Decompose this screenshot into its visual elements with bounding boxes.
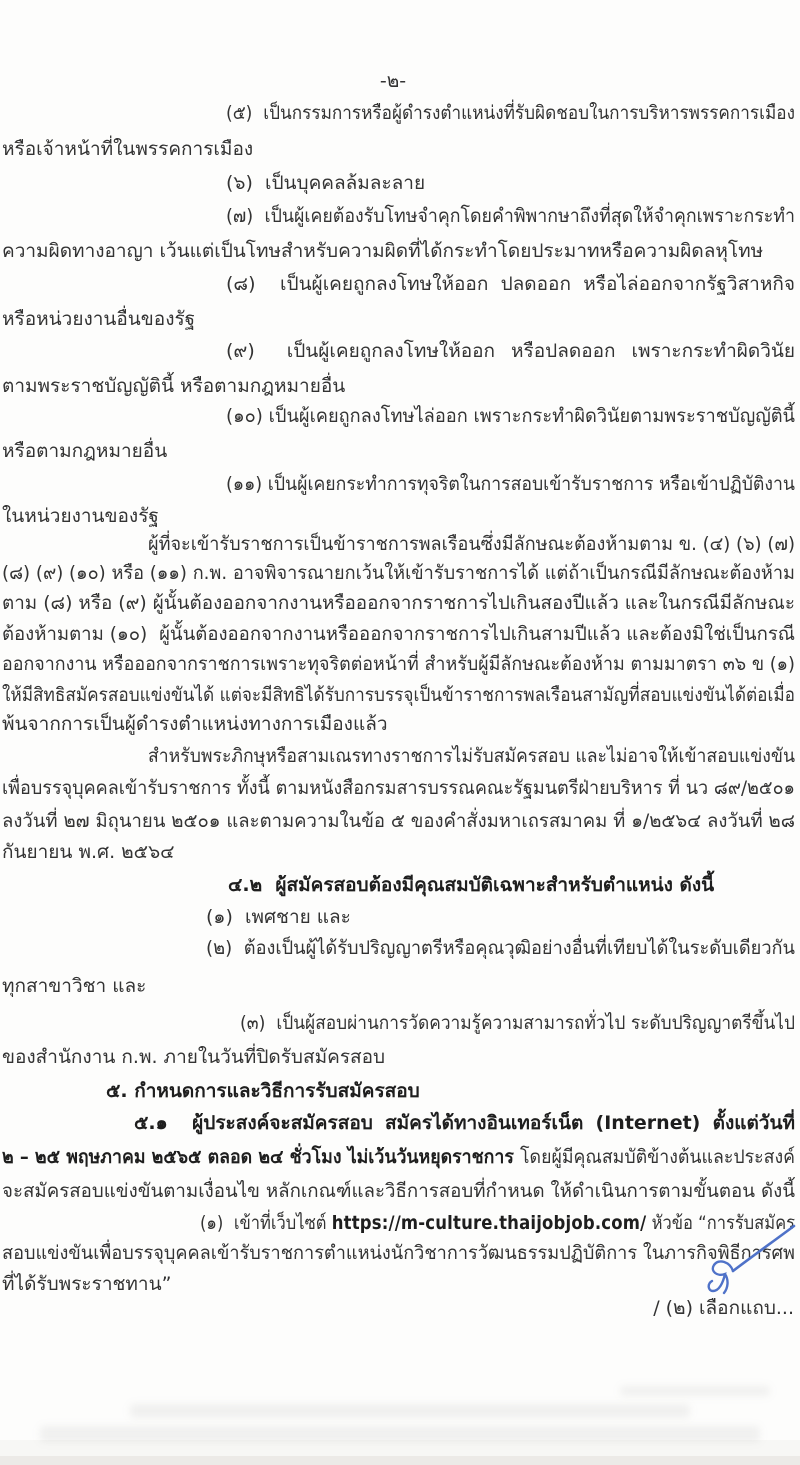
doc-line-29: (๓) เป็นผู้สอบผ่านการวัดความรู้ความสามาร…	[240, 1010, 795, 1036]
doc-line-6: (๘) เป็นผู้เคยถูกลงโทษให้ออก ปลดออก หรือ…	[226, 271, 795, 297]
page-number: -๒-	[0, 66, 786, 96]
doc-line-27: (๒) ต้องเป็นผู้ได้รับปริญญาตรีหรือคุณวุฒ…	[206, 935, 795, 961]
doc-line-15: (๘) (๙) (๑๐) หรือ (๑๑) ก.พ. อาจพิจารณายก…	[2, 560, 795, 586]
doc-line-1: (๕) เป็นกรรมการหรือผู้ดำรงตำแหน่งที่รับผ…	[226, 100, 795, 126]
doc-line-31: ๕. กำหนดการและวิธีการรับสมัครสอบ	[106, 1078, 420, 1104]
doc-line-25: ๔.๒ ผู้สมัครสอบต้องมีคุณสมบัติเฉพาะสำหรั…	[228, 872, 714, 898]
page-bleed-through	[130, 1404, 690, 1418]
doc-line-3: (๖) เป็นบุคคลล้มละลาย	[226, 170, 425, 196]
doc-line-4: (๗) เป็นผู้เคยต้องรับโทษจำคุกโดยคำพิพากษ…	[226, 203, 795, 229]
doc-line-34: จะสมัครสอบแข่งขันตามเงื่อนไข หลักเกณฑ์แล…	[2, 1178, 795, 1204]
page-bleed-through	[620, 1386, 770, 1396]
doc-line-36: สอบแข่งขันเพื่อบรรจุบุคคลเข้ารับราชการตำ…	[2, 1240, 795, 1266]
doc-line-30: ของสำนักงาน ก.พ. ภายในวันที่ปิดรับสมัครส…	[2, 1044, 385, 1070]
doc-line-26: (๑) เพศชาย และ	[206, 904, 351, 930]
doc-line-12: (๑๑) เป็นผู้เคยกระทำการทุจริตในการสอบเข้…	[226, 471, 795, 497]
doc-line-10: (๑๐) เป็นผู้เคยถูกลงโทษไล่ออก เพราะกระทำ…	[226, 403, 795, 429]
scan-edge-shadow	[0, 1440, 800, 1456]
doc-line-19: ให้มีสิทธิสมัครสอบแข่งขันได้ แต่จะมีสิทธ…	[2, 682, 795, 708]
registration-url: https://m-culture.thaijobjob.com/	[332, 1212, 647, 1234]
doc-line-21: สำหรับพระภิกษุหรือสามเณรทางราชการไม่รับส…	[148, 743, 795, 769]
doc-line-17: ต้องห้ามตาม (๑๐) ผู้นั้นต้องออกจากงานหรื…	[2, 621, 795, 647]
continuation-note: / (๒) เลือกแถบ...	[653, 1293, 794, 1323]
doc-line-24: กันยายน พ.ศ. ๒๕๖๔	[2, 839, 175, 865]
doc-line-5: ความผิดทางอาญา เว้นแต่เป็นโทษสำหรับความผ…	[2, 238, 763, 264]
doc-line-23: ลงวันที่ ๒๗ มิถุนายน ๒๕๐๑ และตามความในข้…	[2, 808, 795, 834]
scanned-document-page: -๒- (๕) เป็นกรรมการหรือผู้ดำรงตำแหน่งที่…	[0, 0, 800, 1465]
doc-line-7: หรือหน่วยงานอื่นของรัฐ	[2, 306, 195, 332]
doc-line-20: พ้นจากการเป็นผู้ดำรงตำแหน่งทางการเมืองแล…	[2, 711, 388, 737]
doc-line-28: ทุกสาขาวิชา และ	[2, 973, 146, 999]
doc-line-11: หรือตามกฎหมายอื่น	[2, 438, 167, 464]
doc-line-33: ๒ – ๒๕ พฤษภาคม ๒๕๖๕ ตลอด ๒๔ ชั่วโมง ไม่เ…	[2, 1144, 795, 1170]
doc-line-22: เพื่อบรรจุบุคคลเข้ารับราชการ ทั้งนี้ ตาม…	[2, 775, 795, 801]
doc-line-16: ตาม (๘) หรือ (๙) ผู้นั้นต้องออกจากงานหรื…	[2, 590, 795, 616]
signature-ink-icon	[686, 1218, 798, 1298]
doc-line-8: (๙) เป็นผู้เคยถูกลงโทษให้ออก หรือปลดออก …	[226, 338, 795, 364]
doc-line-37: ที่ได้รับพระราชทาน”	[2, 1271, 171, 1297]
doc-line-18: ออกจากงาน หรือออกจากราชการเพราะทุจริตต่อ…	[2, 651, 795, 677]
doc-line-13: ในหน่วยงานของรัฐ	[2, 503, 159, 529]
doc-line-9: ตามพระราชบัญญัตินี้ หรือตามกฎหมายอื่น	[2, 373, 345, 399]
scan-edge-band	[0, 1456, 800, 1465]
doc-line-14: ผู้ที่จะเข้ารับราชการเป็นข้าราชการพลเรือ…	[148, 531, 795, 557]
doc-line-32: ๕.๑ ผู้ประสงค์จะสมัครสอบ สมัครได้ทางอินเ…	[134, 1110, 795, 1136]
doc-line-2: หรือเจ้าหน้าที่ในพรรคการเมือง	[2, 136, 253, 162]
